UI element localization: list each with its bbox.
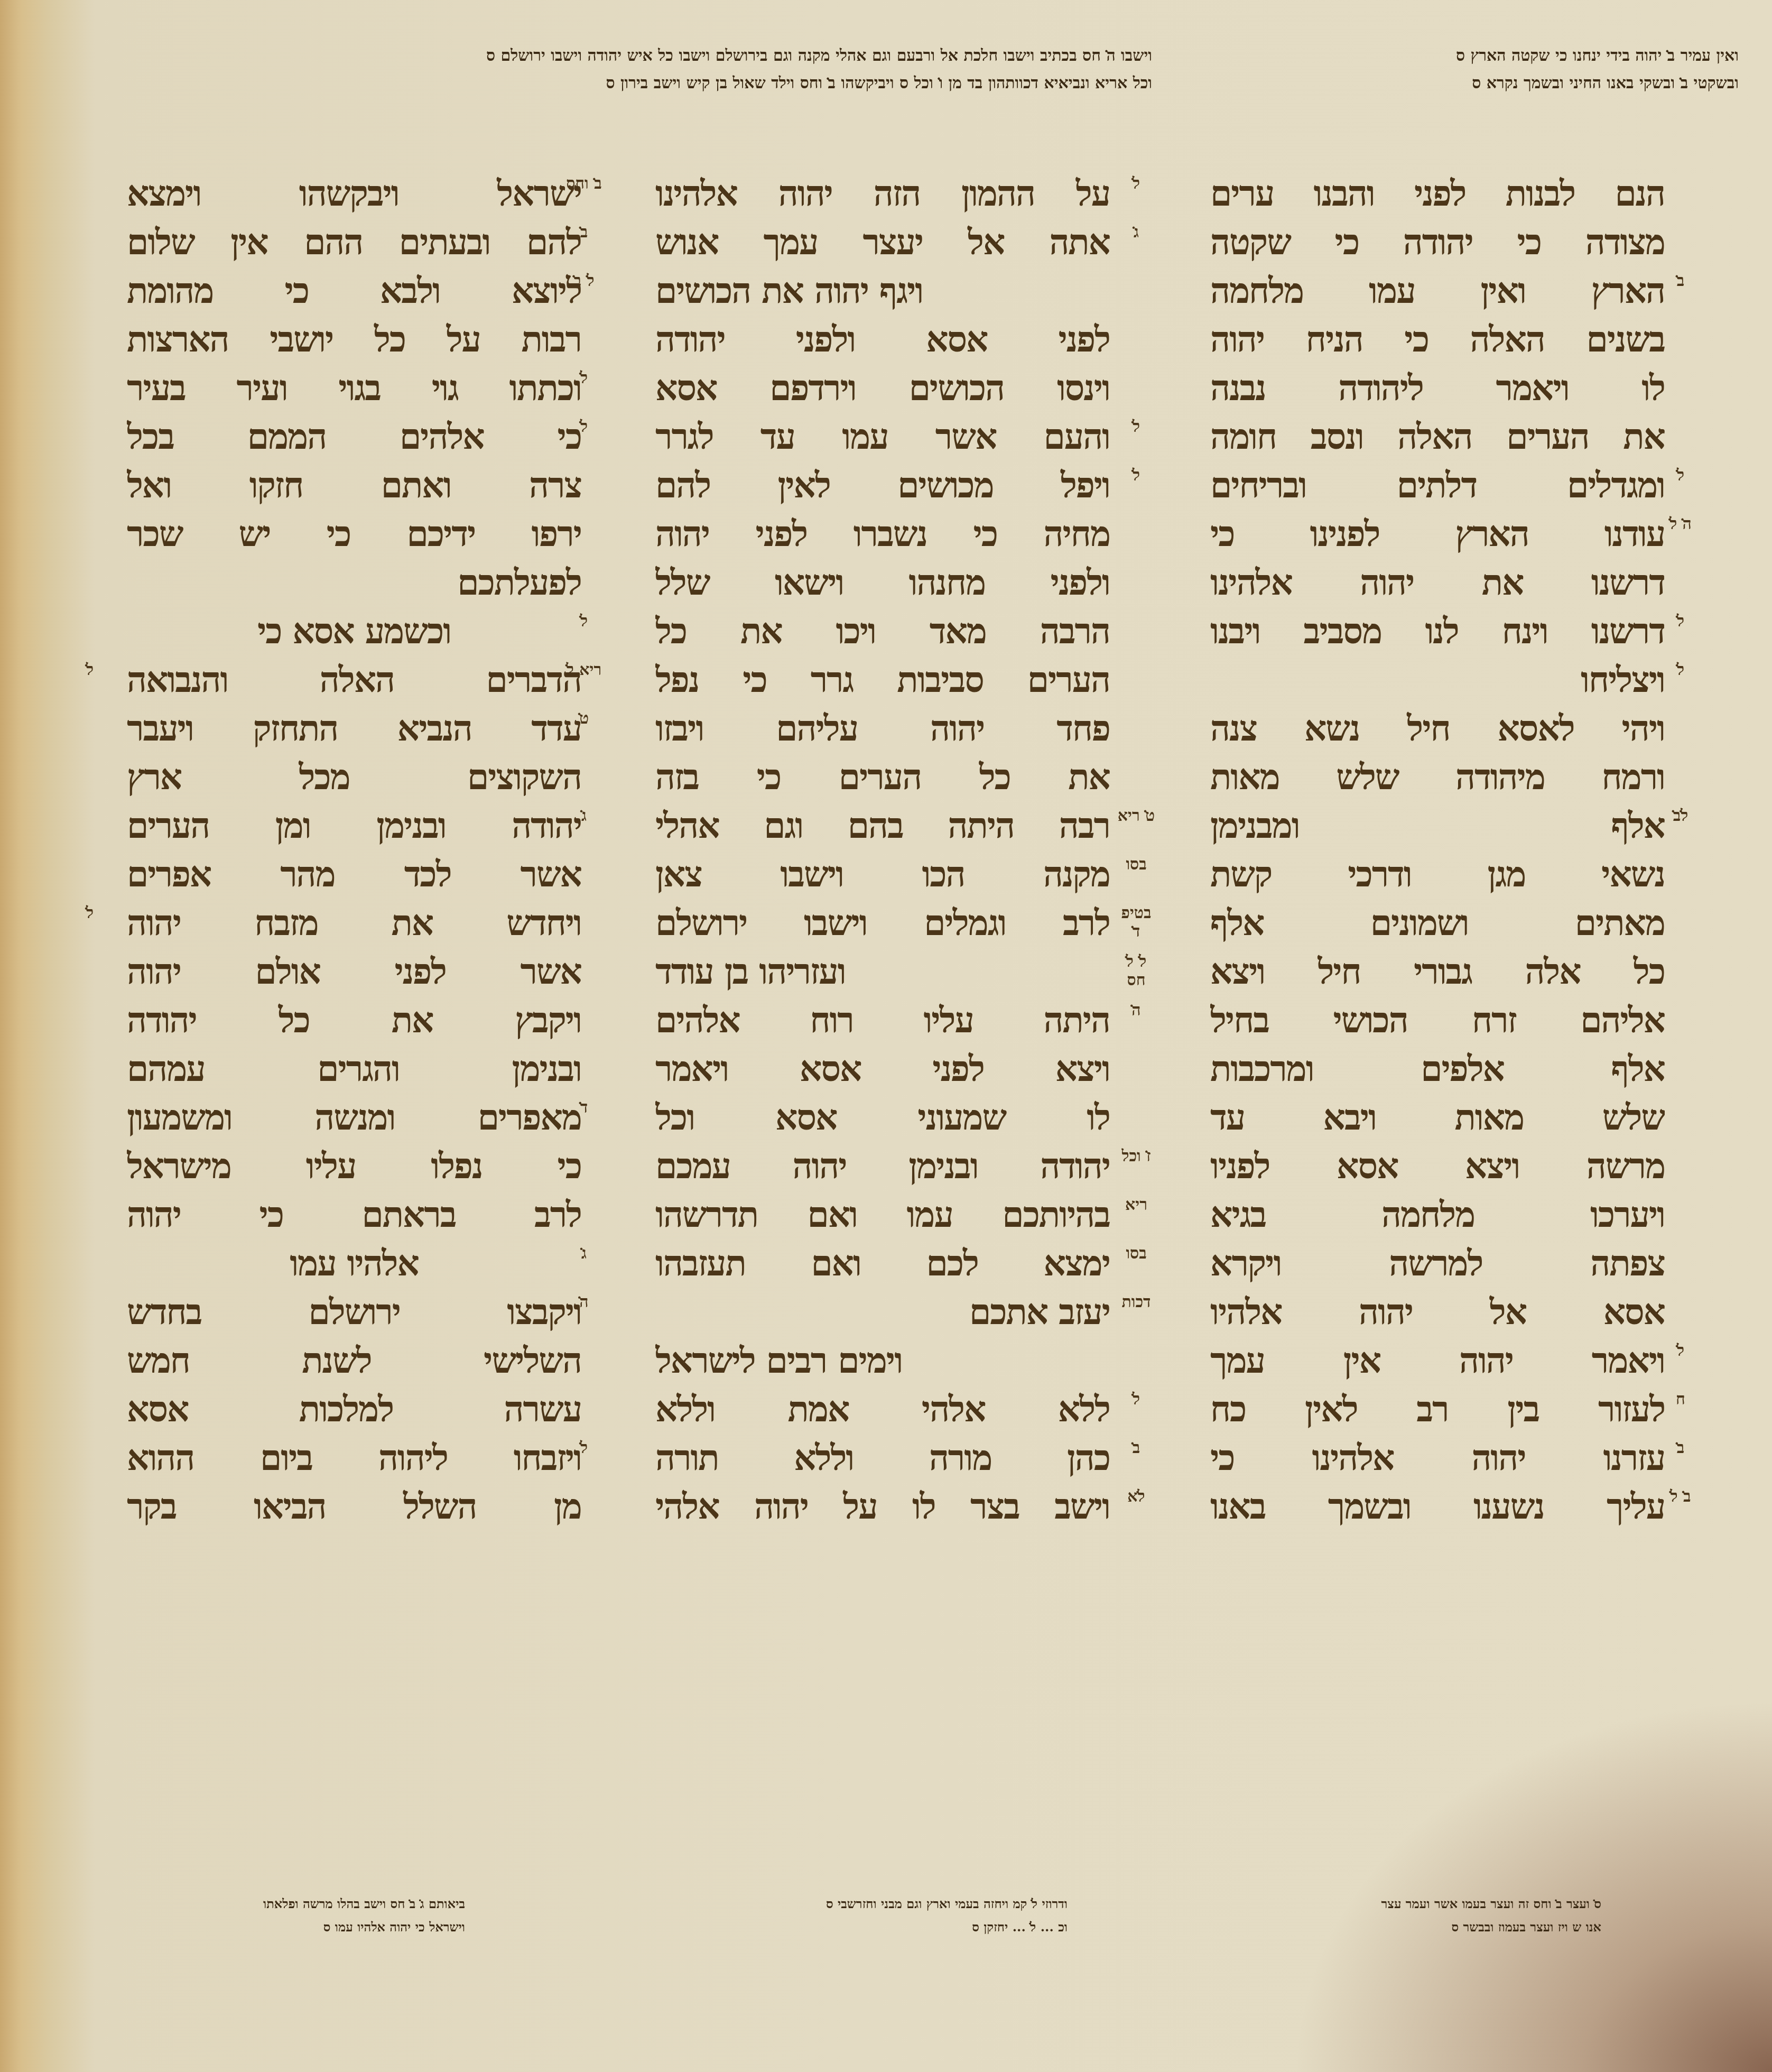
verse-line: וכתתו גוי בגוי ועיר בעיר [127, 364, 581, 412]
verse-line: ימצא לכם ואם תעזבהו [655, 1239, 1110, 1288]
masorah-parva-note: ד̇ [563, 1098, 605, 1117]
verse-line: ויערכו מלחמה בגיא [1210, 1190, 1665, 1239]
masorah-parva-note: ל̇ [1659, 612, 1702, 631]
masorah-parva-note: ב̇ ל̇ [1659, 1487, 1702, 1506]
verse-line: וינסו הכושים וירדפם אסא [655, 364, 1110, 412]
verse-line: כי אלהים הממם בכל [127, 412, 581, 461]
verse-line: ליוצא ולבא כי מהומת [127, 266, 581, 315]
verse-line: מאפרים ומנשה ומשמעון [127, 1093, 581, 1142]
verse-line: מאתים ושמונים אלף [1210, 899, 1665, 947]
masorah-line: ובשקטי ב̇ ובשקי באנו החיני ובשמך נקרא ס [1226, 70, 1739, 97]
verse-line: הדברים האלה והנבואה [127, 655, 581, 704]
verse-line: ויהי לאסא חיל נשא צנה [1210, 704, 1665, 753]
masorah-parva-note: ח [1659, 1390, 1702, 1409]
masorah-parva-note: ט̇ [563, 709, 605, 728]
verse-line: ישראל ויבקשהו וימצא [127, 169, 581, 218]
masorah-line: ואין עמיר ב̇ יהוה בידי ינחנו כי שקטה האר… [1226, 42, 1739, 70]
verse-line: עודנו הארץ לפנינו כי [1210, 510, 1665, 558]
verse-line: את הערים האלה ונסב חומה [1210, 412, 1665, 461]
verse-line: כי נפלו עליו מישראל [127, 1142, 581, 1190]
masorah-parva-note: ב̇ וחס [563, 174, 605, 193]
masorah-line: וכל אריא ונביאיא דכוותהון בד מן ו̇ וכל ס… [122, 70, 1152, 97]
masorah-line: אנו ש ויז ועצר בעמוז ובבשר ס [1179, 1916, 1601, 1939]
verse-line: ולפני מחנהו וישאו שלל [655, 558, 1110, 607]
text-column-right: הנם לבנות לפני והבנו ערים מצודה כי יהודה… [1210, 169, 1665, 1531]
masorah-line: וישראל כי יהוה אלהיו עמו ס [106, 1916, 465, 1939]
masorah-parva-note: ל̇א [1115, 1487, 1157, 1506]
masorah-parva-note: ט̇ ריא [1115, 807, 1157, 825]
masorah-parva-note: ל̇ [563, 612, 605, 631]
masorah-magna-bottom-right: ס̇ ועצר ב̇ וחס זה ועצר בעמו אשר ועמר עצר… [1179, 1892, 1601, 1939]
masorah-parva-note: ל̇ [1659, 1342, 1702, 1360]
masorah-parva-note: בסו [1115, 1244, 1157, 1263]
verse-line: עשרה למלכות אסא [127, 1385, 581, 1433]
verse-line: לעזור בין רב לאין כח [1210, 1385, 1665, 1433]
verse-line: מקנה הכו וישבו צאן [655, 850, 1110, 899]
masorah-parva-note: ז̇ וכל [1115, 1147, 1157, 1165]
masorah-magna-top-right: ואין עמיר ב̇ יהוה בידי ינחנו כי שקטה האר… [1226, 42, 1739, 97]
masorah-parva-note: ל̇ [563, 1439, 605, 1457]
verse-line: וכשמע אסא כי [127, 607, 581, 655]
verse-line: לפעלתכם [127, 558, 581, 607]
verse-line: על ההמון הזה יהוה אלהינו [655, 169, 1110, 218]
verse-line: מצודה כי יהודה כי שקטה [1210, 218, 1665, 266]
verse-line: ויקבץ את כל יהודה [127, 996, 581, 1044]
masorah-parva-note: ב̇ [1659, 1439, 1702, 1457]
verse-line: יהודה ובנימן ומן הערים [127, 801, 581, 850]
text-column-middle: על ההמון הזה יהוה אלהינו אתה אל יעצר עמך… [655, 169, 1110, 1531]
verse-line: ויצליחו [1210, 655, 1665, 704]
verse-line: צפתה למרשה ויקרא [1210, 1239, 1665, 1288]
masorah-parva-note: ל̇ [1115, 466, 1157, 485]
verse-line: לרב בראתם כי יהוה [127, 1190, 581, 1239]
verse-line: מחיה כי נשברו לפני יהוה [655, 510, 1110, 558]
masorah-parva-note: ל̇ [1659, 661, 1702, 679]
masorah-parva-note: ל̇ [1115, 418, 1157, 436]
masorah-parva-note: בסו [1115, 855, 1157, 874]
masorah-parva-note: דכות [1115, 1293, 1157, 1311]
verse-line: רבות על כל יושבי הארצות [127, 315, 581, 364]
verse-line: וישב בצר לו על יהוה אלהי [655, 1482, 1110, 1531]
verse-line: מרשה ויצא אסא לפניו [1210, 1142, 1665, 1190]
verse-line: בהיותכם עמו ואם תדרשהו [655, 1190, 1110, 1239]
masorah-parva-note: ל̇ ב̇ [563, 272, 605, 290]
masorah-parva-note: בטיפ ד̇ [1115, 904, 1157, 941]
verse-line: עליך נשענו ובשמך באנו [1210, 1482, 1665, 1531]
manuscript-page: ואין עמיר ב̇ יהוה בידי ינחנו כי שקטה האר… [0, 0, 1772, 2072]
masorah-parva-note: ל̇ [69, 661, 111, 679]
masorah-parva-note: ל̇ [1659, 466, 1702, 485]
verse-line: והעם אשר עמו עד לגרר [655, 412, 1110, 461]
verse-line: אלף אלפים ומרכבות [1210, 1044, 1665, 1093]
verse-line: דרשנו וינח לנו מסביב ויבנו [1210, 607, 1665, 655]
verse-line: הארץ ואין עמו מלחמה [1210, 266, 1665, 315]
verse-line: השלישי לשנת חמש [127, 1336, 581, 1385]
verse-line: ויקבצו ירושלם בחדש [127, 1288, 581, 1336]
masorah-parva-note: ה̇ ל̇ [1659, 515, 1702, 533]
masorah-parva-note: ריא ל̇ [563, 661, 605, 679]
verse-line: יהודה ובנימן יהוה עמכם [655, 1142, 1110, 1190]
masorah-parva-note: ל̇ [1115, 174, 1157, 193]
masorah-parva-note: ג̇ [563, 807, 605, 825]
text-column-left: ישראל ויבקשהו וימצא להם ובעתים ההם אין ש… [127, 169, 581, 1531]
verse-line: ויפל מכושים לאין להם [655, 461, 1110, 510]
verse-line: עדד הנביא התחזק ויעבר [127, 704, 581, 753]
verse-line: ויחדש את מזבח יהוה [127, 899, 581, 947]
verse-line: כהן מורה וללא תורה [655, 1433, 1110, 1482]
verse-line: מן השלל הביאו בקר [127, 1482, 581, 1531]
masorah-parva-note: ב̇ [1115, 1439, 1157, 1457]
verse-line: בשנים האלה כי הניח יהוה [1210, 315, 1665, 364]
verse-line: כל אלה גבורי חיל ויצא [1210, 947, 1665, 996]
verse-line: ורמח מיהודה שלש מאות [1210, 753, 1665, 801]
verse-line: להם ובעתים ההם אין שלום [127, 218, 581, 266]
verse-line: אתה אל יעצר עמך אנוש [655, 218, 1110, 266]
verse-line: וימים רבים לישראל [655, 1336, 1110, 1385]
masorah-line: ס̇ ועצר ב̇ וחס זה ועצר בעמו אשר ועמר עצר [1179, 1892, 1601, 1916]
verse-line: אסא אל יהוה אלהיו [1210, 1288, 1665, 1336]
masorah-parva-note: ל̇ [69, 904, 111, 922]
masorah-magna-bottom-left: ביאותם ג̇ ב̇ חס וישב בהלו מרשה ופלאתו וי… [106, 1892, 465, 1939]
verse-line: היתה עליו רוח אלהים [655, 996, 1110, 1044]
masorah-parva-note: ג̇ [563, 1244, 605, 1263]
verse-line: פחד יהוה עליהם ויבזו [655, 704, 1110, 753]
verse-line: ויגף יהוה את הכושים [655, 266, 1110, 315]
verse-line: הרבה מאד ויכו את כל [655, 607, 1110, 655]
verse-line: ויזבחו ליהוה ביום ההוא [127, 1433, 581, 1482]
verse-line: אשר לכד מהר אפרים [127, 850, 581, 899]
verse-line: ויאמר יהוה אין עמך [1210, 1336, 1665, 1385]
verse-line: ירפו ידיכם כי יש שכר [127, 510, 581, 558]
masorah-magna-top-left: וישבו ה̇ חס בכתיב וישבו חלכת אל ורבעם וג… [122, 42, 1152, 97]
verse-line: אלהיו עמו [127, 1239, 581, 1288]
verse-line: הנם לבנות לפני והבנו ערים [1210, 169, 1665, 218]
verse-line: ללא אלהי אמת וללא [655, 1385, 1110, 1433]
verse-line: צרה ואתם חזקו ואל [127, 461, 581, 510]
masorah-parva-note: ריא [1115, 1196, 1157, 1214]
masorah-line: וכ ... ל̇ ... יחזקן ס [592, 1916, 1068, 1939]
masorah-parva-note: ב̇ [1659, 272, 1702, 290]
masorah-line: ודרוזי ל̇ קמ ויחזה בעמי וארץ וגם מבני וח… [592, 1892, 1068, 1916]
verse-line: השקוצים מכל ארץ [127, 753, 581, 801]
masorah-parva-note: ל̇ב̇ [1659, 807, 1702, 825]
masorah-parva-note: ה̇ [1115, 1001, 1157, 1020]
verse-line: רבה היתה בהם וגם אהלי [655, 801, 1110, 850]
masorah-parva-note: ה̇ [563, 1293, 605, 1311]
verse-line: ומגדלים דלתים ובריחים [1210, 461, 1665, 510]
verse-line: אשר לפני אולם יהוה [127, 947, 581, 996]
masorah-parva-note: ל̇ [563, 369, 605, 387]
verse-line: יעזב אתכם [655, 1288, 1110, 1336]
verse-line: דרשנו את יהוה אלהינו [1210, 558, 1665, 607]
verse-line: עזרנו יהוה אלהינו כי [1210, 1433, 1665, 1482]
masorah-parva-note: ג̇ [1115, 223, 1157, 242]
verse-line: את כל הערים כי בזה [655, 753, 1110, 801]
verse-line: לו ויאמר ליהודה נבנה [1210, 364, 1665, 412]
verse-line: ועזריהו בן עודד [655, 947, 1110, 996]
masorah-parva-note: ל̇ [563, 418, 605, 436]
masorah-parva-note: ב̇ [563, 223, 605, 242]
verse-line: אליהם זרח הכושי בחיל [1210, 996, 1665, 1044]
masorah-parva-note: ל̇ [1115, 1390, 1157, 1409]
masorah-magna-bottom-middle: ודרוזי ל̇ קמ ויחזה בעמי וארץ וגם מבני וח… [592, 1892, 1068, 1939]
verse-line: שלש מאות ויבא עד [1210, 1093, 1665, 1142]
verse-line: ויצא לפני אסא ויאמר [655, 1044, 1110, 1093]
verse-line: ובנימן והגרים עמהם [127, 1044, 581, 1093]
verse-line: נשאי מגן ודרכי קשת [1210, 850, 1665, 899]
verse-line: אלף ומבנימן [1210, 801, 1665, 850]
masorah-line: ביאותם ג̇ ב̇ חס וישב בהלו מרשה ופלאתו [106, 1892, 465, 1916]
verse-line: לרב וגמלים וישבו ירושלם [655, 899, 1110, 947]
verse-line: לפני אסא ולפני יהודה [655, 315, 1110, 364]
masorah-parva-note: ל̇ ל̇ חס [1115, 952, 1157, 989]
masorah-line: וישבו ה̇ חס בכתיב וישבו חלכת אל ורבעם וג… [122, 42, 1152, 70]
verse-line: הערים סביבות גרר כי נפל [655, 655, 1110, 704]
verse-line: לו שמעוני אסא וכל [655, 1093, 1110, 1142]
